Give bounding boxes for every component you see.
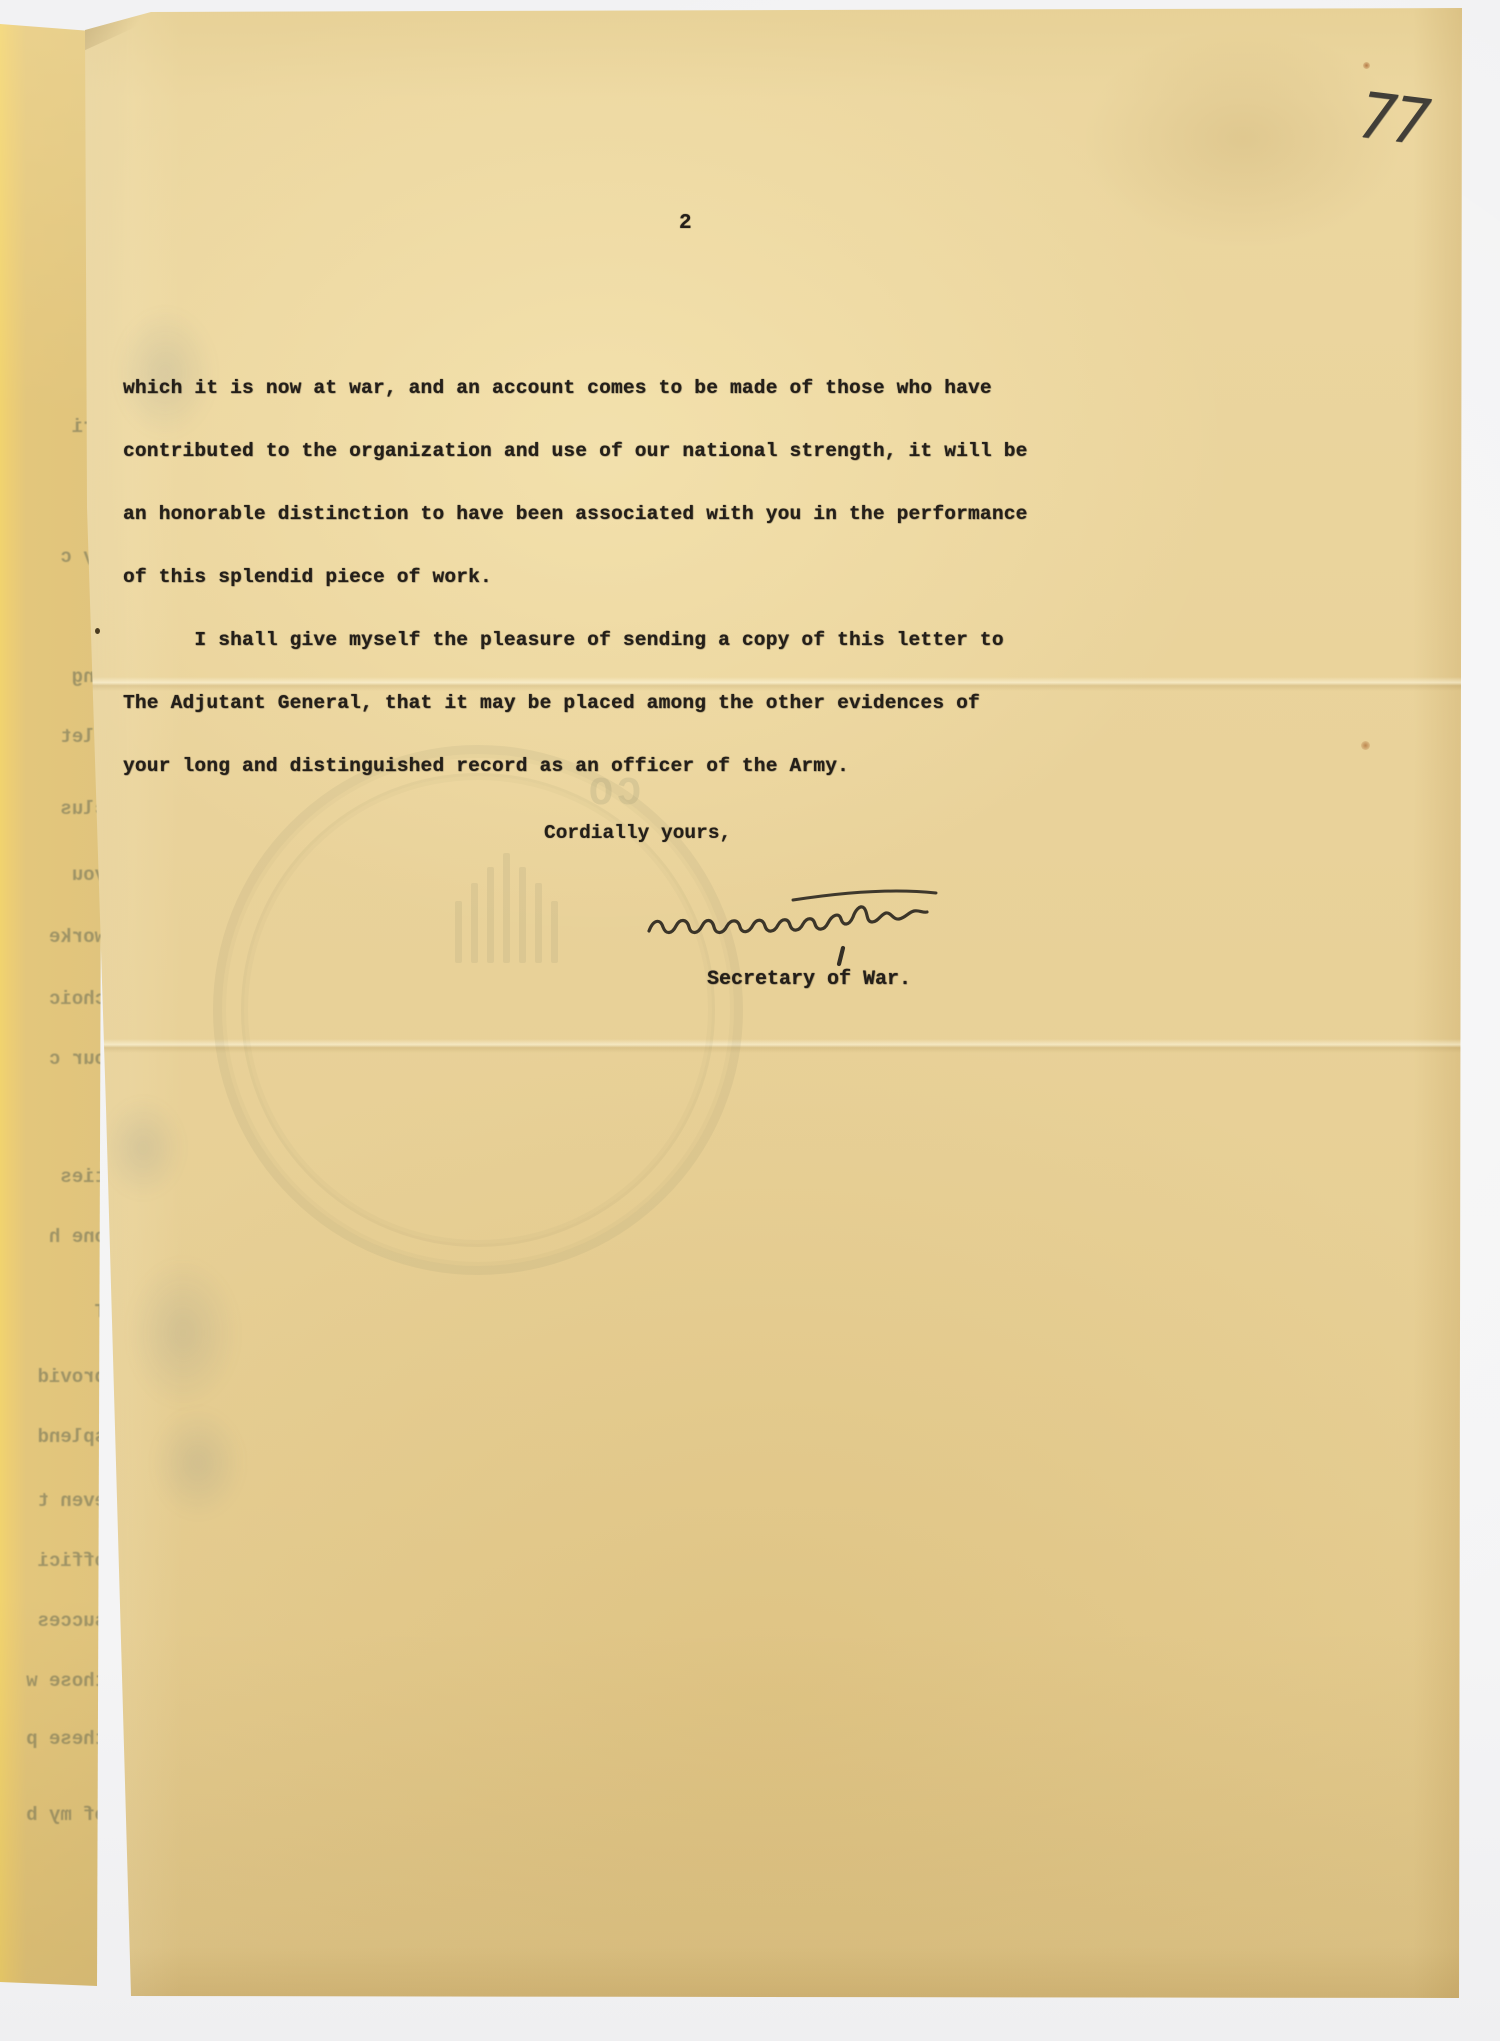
bleedthrough-fragment: splend [0, 1426, 106, 1448]
typewritten-line: which it is now at war, and an account c… [123, 357, 1123, 420]
bleedthrough-fragment: those w [0, 1670, 106, 1692]
typewritten-line: contributed to the organization and use … [123, 420, 1123, 483]
page-edge-shading [73, 8, 1463, 2002]
page-number: 2 [679, 212, 692, 235]
bleedthrough-fragment: our c [0, 1048, 106, 1070]
typewritten-line: I shall give myself the pleasure of send… [123, 609, 1123, 672]
typewritten-line: an honorable distinction to have been as… [123, 483, 1123, 546]
foxing-spot [1363, 62, 1370, 69]
bleedthrough-fragment: even t [0, 1490, 106, 1512]
page-corner-fold [81, 8, 177, 52]
closing-line: Cordially yours, [544, 816, 731, 850]
signature-tick [839, 948, 843, 964]
ink-smudge [128, 1258, 238, 1408]
bleedthrough-fragment: these p [0, 1728, 106, 1750]
ink-smudge [153, 1408, 243, 1518]
bleedthrough-fragment: plet [0, 726, 106, 748]
bleedthrough-fragment: succes [0, 1610, 106, 1632]
bleedthrough-fragment: choic [0, 988, 106, 1010]
watermark-crest-bars [455, 848, 558, 963]
bleedthrough-fragment: offici [0, 1550, 106, 1572]
bleedthrough-fragment: ing [0, 666, 106, 688]
bleedthrough-fragment: provid [0, 1366, 106, 1388]
bleedthrough-fragment: one h [0, 1226, 106, 1248]
bottom-stain [73, 1628, 1463, 2000]
bleedthrough-fragment: of my b [0, 1804, 106, 1826]
horizontal-crease [73, 1039, 1463, 1053]
folio-annotation: 77 [1347, 78, 1437, 159]
letter-body: which it is now at war, and an account c… [123, 357, 1123, 798]
signature-crossbar [793, 891, 936, 900]
bleedthrough-fragment: clus [0, 798, 106, 820]
foxing-spot [1361, 741, 1370, 750]
signature-scrawl [643, 884, 943, 979]
scan-background: Bri My c ing plet clus you worke choic o… [0, 0, 1500, 2041]
typewritten-line: your long and distinguished record as an… [123, 735, 1123, 798]
bleedthrough-fragment: you [0, 864, 106, 886]
ink-smudge [103, 1098, 183, 1198]
bleedthrough-fragment: ties [0, 1166, 106, 1188]
typewritten-line: The Adjutant General, that it may be pla… [123, 672, 1123, 735]
signature-title: Secretary of War. [707, 968, 911, 991]
typewritten-line: of this splendid piece of work. [123, 546, 1123, 609]
bleedthrough-fragment: T [0, 1301, 106, 1323]
foxing-spot [95, 628, 100, 634]
letter-page: CO 2 77 which it is now at war, and an a… [73, 8, 1463, 2002]
signature-stroke [649, 907, 927, 933]
bleedthrough-fragment: worke [0, 926, 106, 948]
